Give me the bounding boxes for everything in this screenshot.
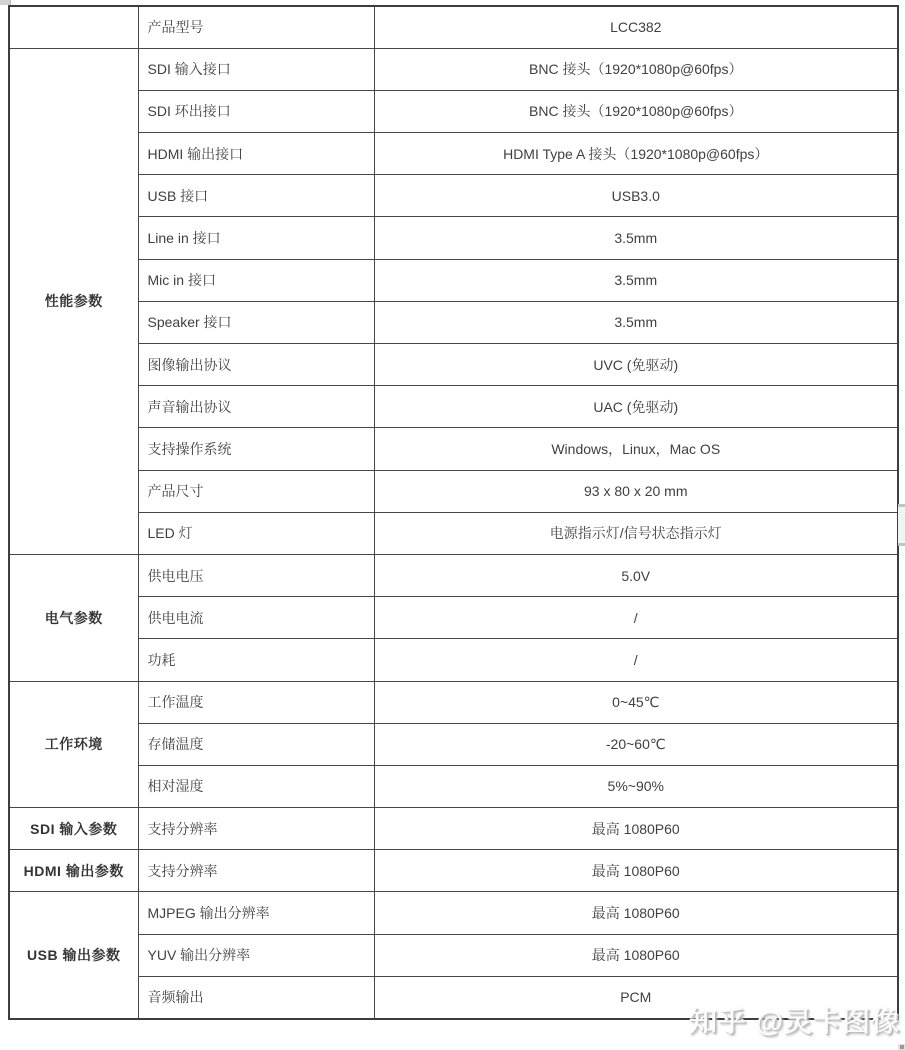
- param-cell: 产品尺寸: [138, 470, 374, 512]
- scrollbar-corner-fragment: [898, 1044, 905, 1050]
- param-cell: SDI 输入接口: [138, 48, 374, 90]
- value-cell: -20~60℃: [374, 723, 898, 765]
- category-cell: SDI 输入参数: [9, 808, 138, 850]
- param-cell: Line in 接口: [138, 217, 374, 259]
- table-row: 产品尺寸 93 x 80 x 20 mm: [9, 470, 898, 512]
- table-row: Speaker 接口 3.5mm: [9, 301, 898, 343]
- param-cell: 支持分辨率: [138, 850, 374, 892]
- table-row: HDMI 输出接口 HDMI Type A 接头（1920*1080p@60fp…: [9, 133, 898, 175]
- param-cell: SDI 环出接口: [138, 90, 374, 132]
- param-cell: 声音输出协议: [138, 386, 374, 428]
- value-cell: BNC 接头（1920*1080p@60fps）: [374, 90, 898, 132]
- value-cell: 5.0V: [374, 554, 898, 596]
- param-cell: LED 灯: [138, 512, 374, 554]
- param-cell: USB 接口: [138, 175, 374, 217]
- param-cell: YUV 输出分辨率: [138, 934, 374, 976]
- value-cell: Windows，Linux，Mac OS: [374, 428, 898, 470]
- category-cell: 性能参数: [9, 48, 138, 554]
- value-cell: USB3.0: [374, 175, 898, 217]
- param-cell: MJPEG 输出分辨率: [138, 892, 374, 934]
- value-cell: 0~45℃: [374, 681, 898, 723]
- value-cell: 最高 1080P60: [374, 808, 898, 850]
- param-cell: 存储温度: [138, 723, 374, 765]
- param-cell: Mic in 接口: [138, 259, 374, 301]
- table-row: 音频输出 PCM: [9, 976, 898, 1018]
- table-row: LED 灯 电源指示灯/信号状态指示灯: [9, 512, 898, 554]
- value-cell: 3.5mm: [374, 301, 898, 343]
- table-row: HDMI 输出参数 支持分辨率 最高 1080P60: [9, 850, 898, 892]
- value-cell: 3.5mm: [374, 217, 898, 259]
- table-row: 存储温度 -20~60℃: [9, 723, 898, 765]
- category-cell: 工作环境: [9, 681, 138, 808]
- param-cell: 供电电流: [138, 597, 374, 639]
- spec-table: 产品型号 LCC382 性能参数 SDI 输入接口 BNC 接头（1920*10…: [8, 5, 899, 1020]
- table-row: 功耗 /: [9, 639, 898, 681]
- value-cell: /: [374, 639, 898, 681]
- table-row: 声音输出协议 UAC (免驱动): [9, 386, 898, 428]
- param-cell: 功耗: [138, 639, 374, 681]
- param-cell: 支持分辨率: [138, 808, 374, 850]
- table-row: 图像输出协议 UVC (免驱动): [9, 344, 898, 386]
- table-row: 供电电流 /: [9, 597, 898, 639]
- value-cell: BNC 接头（1920*1080p@60fps）: [374, 48, 898, 90]
- table-row: 支持操作系统 Windows，Linux，Mac OS: [9, 428, 898, 470]
- table-row: 性能参数 SDI 输入接口 BNC 接头（1920*1080p@60fps）: [9, 48, 898, 90]
- category-cell: [9, 6, 138, 48]
- page: 产品型号 LCC382 性能参数 SDI 输入接口 BNC 接头（1920*10…: [0, 0, 905, 1050]
- table-row: USB 输出参数 MJPEG 输出分辨率 最高 1080P60: [9, 892, 898, 934]
- param-cell: 产品型号: [138, 6, 374, 48]
- param-cell: HDMI 输出接口: [138, 133, 374, 175]
- table-row: SDI 环出接口 BNC 接头（1920*1080p@60fps）: [9, 90, 898, 132]
- param-cell: 图像输出协议: [138, 344, 374, 386]
- table-row: SDI 输入参数 支持分辨率 最高 1080P60: [9, 808, 898, 850]
- param-cell: 工作温度: [138, 681, 374, 723]
- vertical-scrollbar-thumb[interactable]: [898, 504, 905, 546]
- table-row: Line in 接口 3.5mm: [9, 217, 898, 259]
- table-row: Mic in 接口 3.5mm: [9, 259, 898, 301]
- table-row: YUV 输出分辨率 最高 1080P60: [9, 934, 898, 976]
- value-cell: UVC (免驱动): [374, 344, 898, 386]
- param-cell: 供电电压: [138, 554, 374, 596]
- value-cell: PCM: [374, 976, 898, 1018]
- value-cell: 最高 1080P60: [374, 850, 898, 892]
- value-cell: HDMI Type A 接头（1920*1080p@60fps）: [374, 133, 898, 175]
- value-cell: UAC (免驱动): [374, 386, 898, 428]
- value-cell: /: [374, 597, 898, 639]
- table-row: 工作环境 工作温度 0~45℃: [9, 681, 898, 723]
- table-row: 电气参数 供电电压 5.0V: [9, 554, 898, 596]
- value-cell: 93 x 80 x 20 mm: [374, 470, 898, 512]
- category-cell: HDMI 输出参数: [9, 850, 138, 892]
- value-cell: 电源指示灯/信号状态指示灯: [374, 512, 898, 554]
- value-cell: 最高 1080P60: [374, 934, 898, 976]
- table-row: 产品型号 LCC382: [9, 6, 898, 48]
- value-cell: 最高 1080P60: [374, 892, 898, 934]
- category-cell: USB 输出参数: [9, 892, 138, 1019]
- table-row: USB 接口 USB3.0: [9, 175, 898, 217]
- value-cell: 5%~90%: [374, 765, 898, 807]
- value-cell: 3.5mm: [374, 259, 898, 301]
- table-row: 相对湿度 5%~90%: [9, 765, 898, 807]
- param-cell: 相对湿度: [138, 765, 374, 807]
- value-cell: LCC382: [374, 6, 898, 48]
- param-cell: 音频输出: [138, 976, 374, 1018]
- category-cell: 电气参数: [9, 554, 138, 681]
- param-cell: Speaker 接口: [138, 301, 374, 343]
- param-cell: 支持操作系统: [138, 428, 374, 470]
